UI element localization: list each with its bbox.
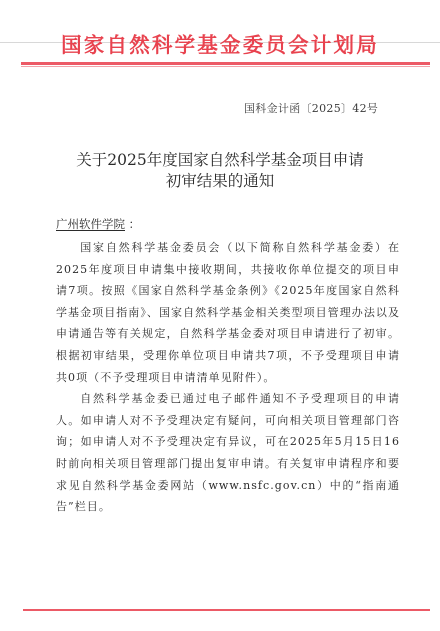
document-title-line-2: 初审结果的通知 [0,171,440,192]
document-title: 关于2025年度国家自然科学基金项目申请 初审结果的通知 [0,150,440,192]
addressee: 广州软件学院 ： [56,216,140,232]
letterhead-title: 国家自然科学基金委员会计划局 [0,28,440,58]
document-title-line-1: 关于2025年度国家自然科学基金项目申请 [0,150,440,171]
footer-rule [23,609,430,611]
letterhead-rule-thin [21,66,430,67]
addressee-org: 广州软件学院 [56,217,125,231]
letterhead-rule [21,62,430,65]
document-body: 国家自然科学基金委员会（以下简称自然科学基金委）在2025年度项目申请集中接收期… [56,237,400,518]
document-number: 国科金计函〔2025〕42号 [244,100,378,116]
addressee-suffix: ： [125,217,140,231]
body-paragraph-2: 自然科学基金委已通过电子邮件通知不予受理项目的申请人。如申请人对不予受理决定有疑… [56,388,400,518]
body-paragraph-1: 国家自然科学基金委员会（以下简称自然科学基金委）在2025年度项目申请集中接收期… [56,237,400,388]
